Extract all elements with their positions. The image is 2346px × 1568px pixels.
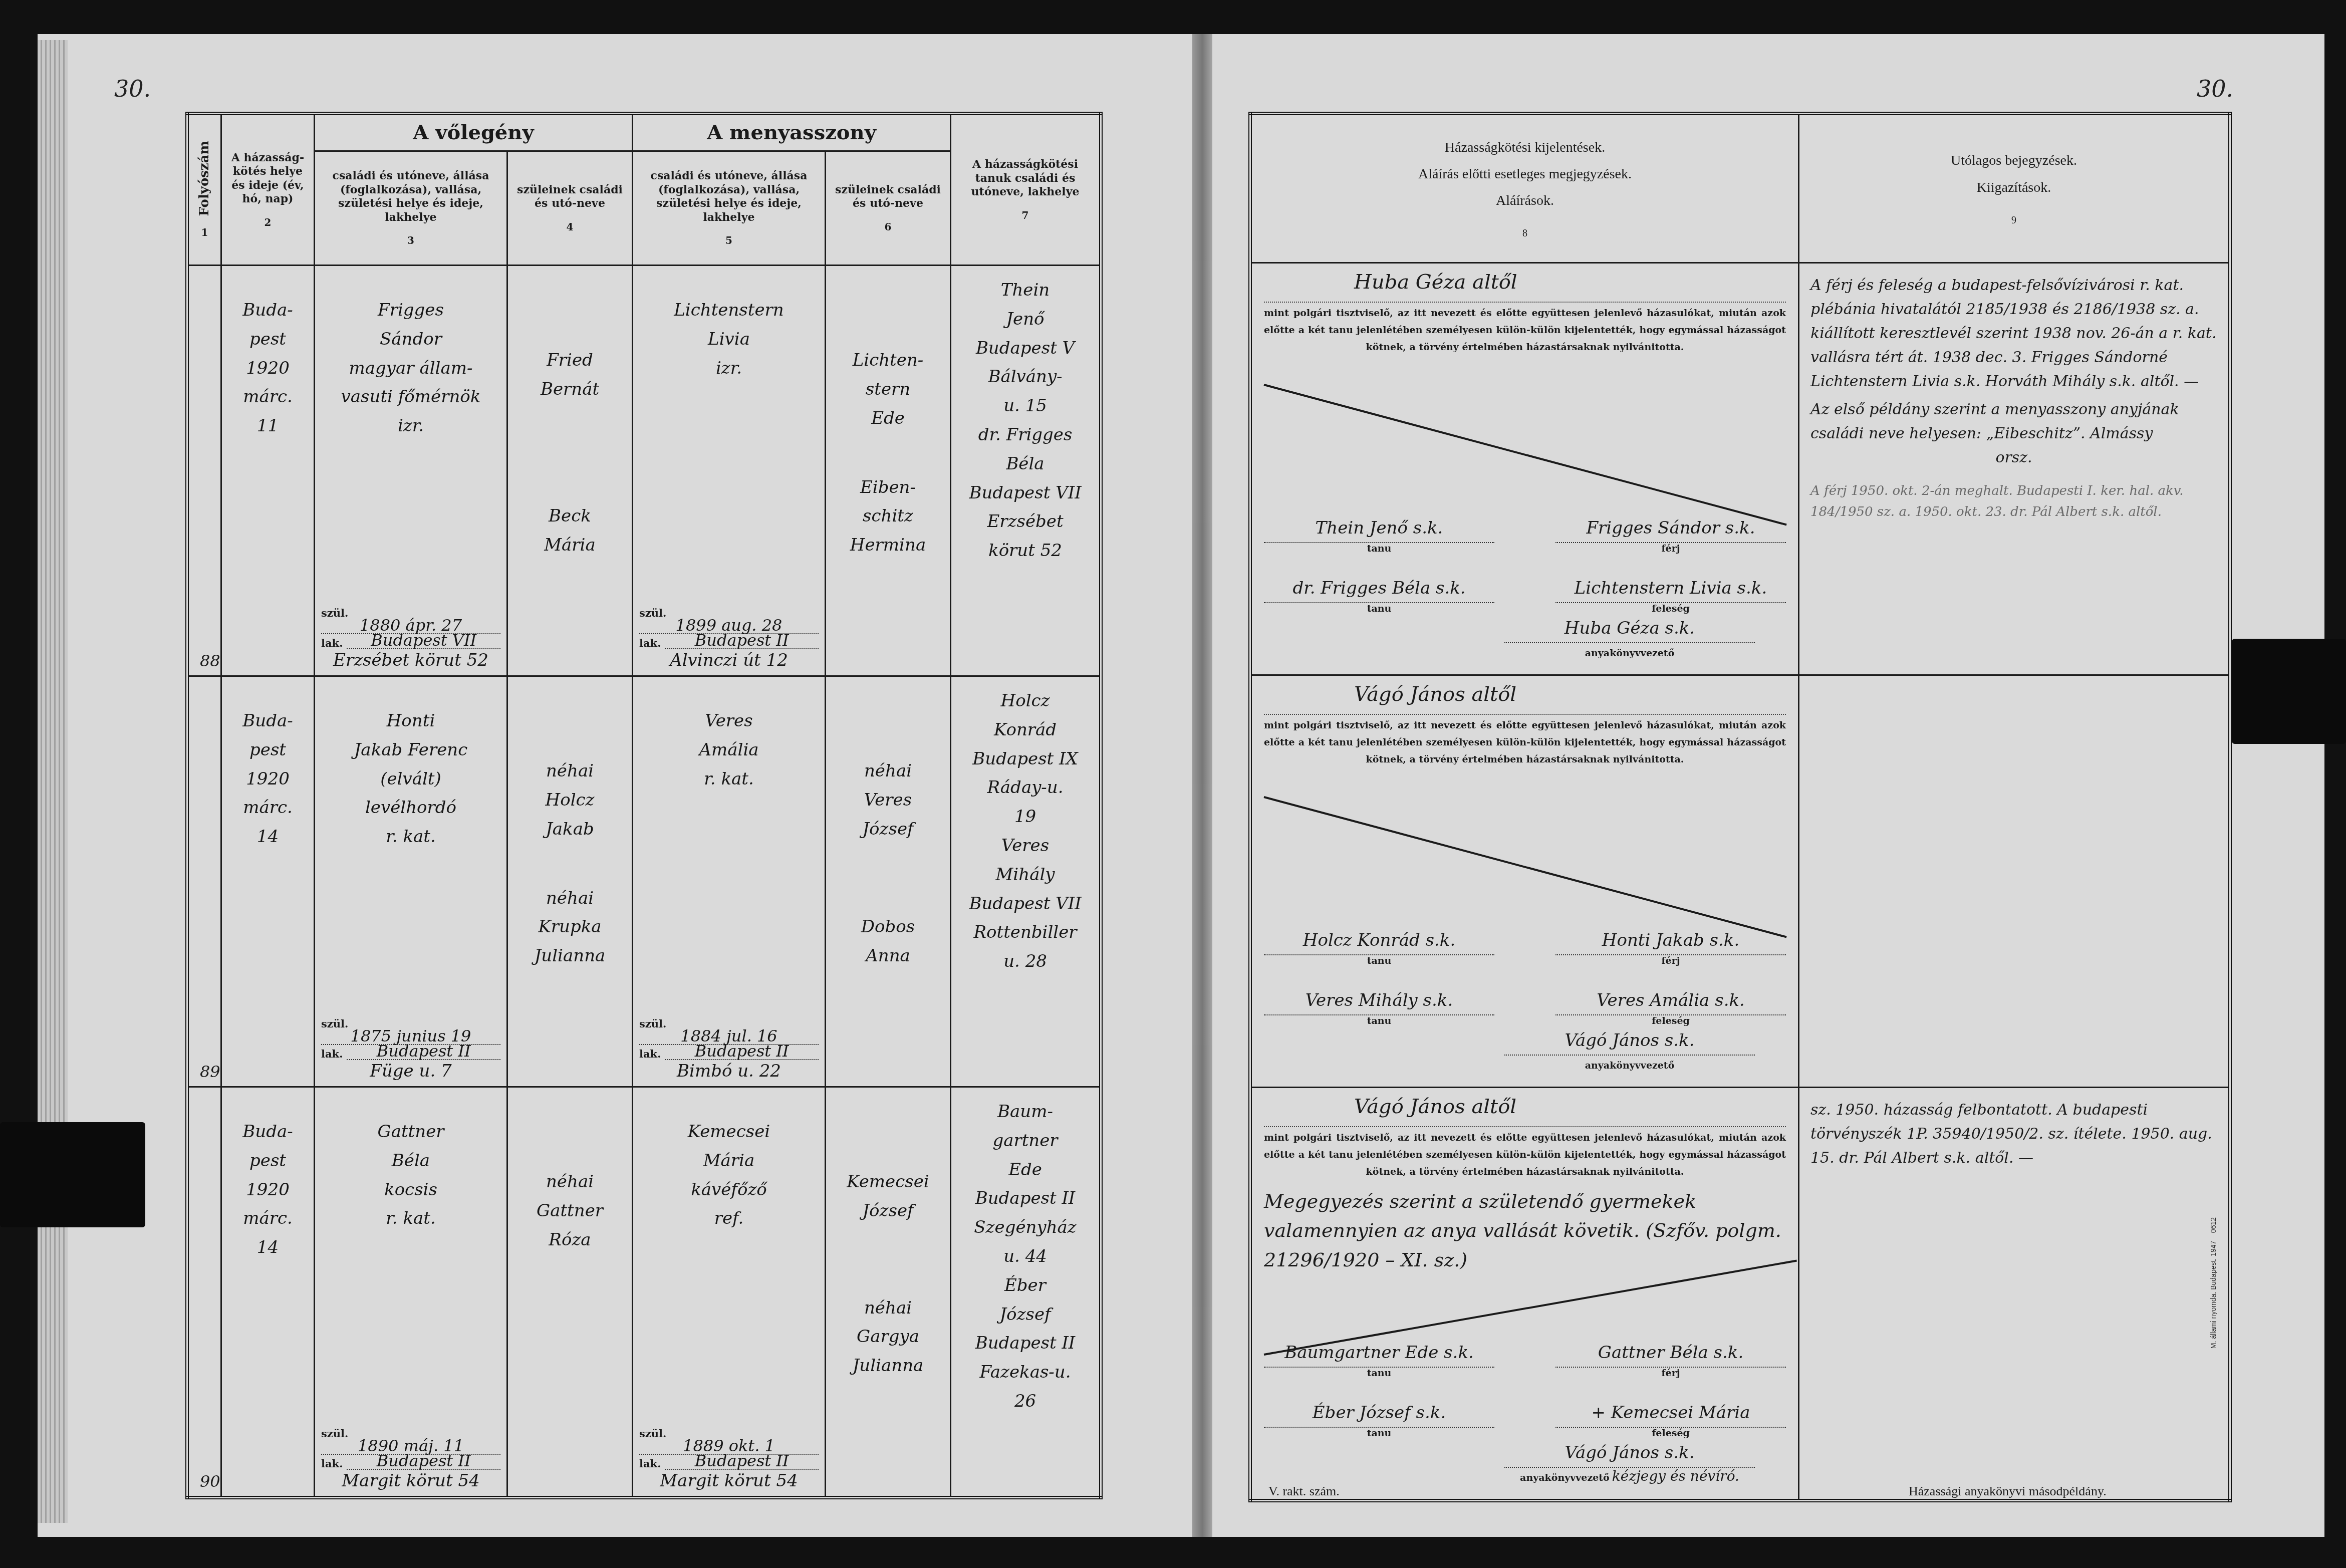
handwritten-line: Béla xyxy=(956,450,1094,479)
declaration-text: mint polgári tisztviselő, az itt nevezet… xyxy=(1264,1129,1786,1181)
handwritten-line: néhai xyxy=(513,757,627,786)
registrar-signature: Huba Géza s.k. xyxy=(1504,618,1755,643)
groom-residence: Budapest II xyxy=(347,1043,500,1059)
printer-mark: M. állami nyomda. Budapest. 1947 – 0612 xyxy=(2209,1217,2217,1349)
registrar-signature: Vágó János s.k. xyxy=(1504,1443,1755,1468)
husband-signature: Gattner Béla s.k. xyxy=(1555,1343,1786,1368)
bookmark-tab-left xyxy=(0,1122,145,1227)
cell-place-date: Buda-pest1920márc.11 xyxy=(221,266,315,676)
officer-name: Vágó János altől xyxy=(1264,1095,1786,1127)
cell-later-entries: A férj és feleség a budapest-felsővízivá… xyxy=(1799,263,2230,675)
bride-group-header: A menyasszony xyxy=(633,114,951,151)
handwritten-line: Budapest VII xyxy=(956,479,1094,508)
cell-serial: 89 xyxy=(187,676,221,1087)
handwritten-line: Bálvány- xyxy=(956,363,1094,392)
col-header-declarations: Házasságkötési kijelentések. Aláírás elő… xyxy=(1250,114,1799,263)
handwritten-line: Buda- xyxy=(227,707,309,736)
handwritten-line: Holcz xyxy=(956,687,1094,716)
handwritten-line: Baum- xyxy=(956,1098,1094,1127)
handwritten-line: stern xyxy=(831,375,945,404)
handwritten-line: Honti xyxy=(320,707,501,736)
cell-groom-parents: néhaiHolczJakab néhaiKrupkaJulianna xyxy=(507,676,633,1087)
handwritten-line: Budapest II xyxy=(956,1184,1094,1213)
handwritten-line: Róza xyxy=(513,1226,627,1255)
residence-label: lak. xyxy=(639,1457,661,1470)
table-row: 88 Buda-pest1920márc.11 FriggesSándormag… xyxy=(187,266,1101,676)
handwritten-line: néhai xyxy=(826,1294,950,1323)
handwritten-line: néhai xyxy=(831,757,945,786)
handwritten-line: Kemecsei xyxy=(638,1118,820,1147)
handwritten-line: Éber xyxy=(956,1271,1094,1300)
col-header-bride-parents: szüleinek családi és utó-neve6 xyxy=(826,151,951,266)
handwritten-line: vasuti főmérnök xyxy=(320,383,501,412)
handwritten-line: Veres xyxy=(956,832,1094,861)
wife-signature: Lichtenstern Livia s.k. xyxy=(1555,578,1786,603)
bride-address: Bimbó u. 22 xyxy=(639,1060,819,1082)
registrar-signature: Vágó János s.k. xyxy=(1504,1030,1755,1056)
col-header-groom-parents: szüleinek családi és utó-neve4 xyxy=(507,151,633,266)
handwritten-line: Buda- xyxy=(227,296,309,325)
entry-number: 88 xyxy=(200,651,220,670)
witness1-signature: Baumgartner Ede s.k. xyxy=(1264,1343,1494,1368)
residence-label: lak. xyxy=(321,637,343,649)
husband-signature: Frigges Sándor s.k. xyxy=(1555,518,1786,543)
handwritten-line: körut 52 xyxy=(956,537,1094,566)
handwritten-line: izr. xyxy=(638,354,820,383)
col-header-groom: családi és utóneve, állása (foglalkozása… xyxy=(315,151,507,266)
handwritten-line: József xyxy=(831,1197,945,1226)
table-row-right: Vágó János altől mint polgári tisztvisel… xyxy=(1250,1088,2230,1501)
later-entry-correction: Az első példány szerint a menyasszony an… xyxy=(1810,398,2217,446)
groom-address: Erzsébet körut 52 xyxy=(321,649,500,671)
table-row-right: Huba Géza altől mint polgári tisztviselő… xyxy=(1250,263,2230,675)
handwritten-line: Bernát xyxy=(513,375,627,404)
handwritten-line: Mária xyxy=(508,531,632,560)
handwritten-line: Eiben- xyxy=(826,473,950,502)
groom-residence: Budapest II xyxy=(347,1453,500,1469)
registrar-extra: kézjegy és névíró. xyxy=(1612,1468,1739,1484)
cancel-stroke xyxy=(1263,796,1786,938)
handwritten-line: Gargya xyxy=(826,1323,950,1352)
handwritten-line: Budapest II xyxy=(956,1329,1094,1358)
cell-declaration: Vágó János altől mint polgári tisztvisel… xyxy=(1250,1088,1799,1501)
cell-serial: 88 xyxy=(187,266,221,676)
handwritten-line: József xyxy=(956,1300,1094,1330)
handwritten-line: Holcz xyxy=(513,786,627,815)
handwritten-line: pest xyxy=(227,1147,309,1176)
cell-bride: KemecseiMáriakávéfőzőref. szül. 1889 okt… xyxy=(633,1087,826,1498)
handwritten-line: 1920 xyxy=(227,765,309,794)
handwritten-line: Gattner xyxy=(320,1118,501,1147)
handwritten-line: Thein xyxy=(956,276,1094,305)
handwritten-line: schitz xyxy=(826,502,950,531)
wife-signature: + Kemecsei Mária xyxy=(1555,1403,1786,1428)
handwritten-line: r. kat. xyxy=(320,823,501,852)
handwritten-line: Veres xyxy=(638,707,820,736)
handwritten-line: Julianna xyxy=(826,1352,950,1381)
handwritten-line: Jakab xyxy=(513,815,627,844)
handwritten-line: 19 xyxy=(956,803,1094,832)
handwritten-line: kocsis xyxy=(320,1176,501,1205)
handwritten-line: 14 xyxy=(227,823,309,852)
handwritten-line: Szegényház xyxy=(956,1213,1094,1242)
cell-groom: FriggesSándormagyar állam-vasuti főmérnö… xyxy=(315,266,507,676)
cell-witnesses: TheinJenőBudapest VBálvány-u. 15dr. Frig… xyxy=(951,266,1101,676)
handwritten-line: Ede xyxy=(831,404,945,433)
cell-bride: VeresAmáliar. kat. szül. 1884 jul. 16 la… xyxy=(633,676,826,1087)
witness1-signature: Holcz Konrád s.k. xyxy=(1264,930,1494,955)
handwritten-line: Budapest IX xyxy=(956,745,1094,774)
handwritten-line: magyar állam- xyxy=(320,354,501,383)
witness2-signature: Éber József s.k. xyxy=(1264,1403,1494,1428)
cell-witnesses: Baum-gartnerEdeBudapest IISzegényházu. 4… xyxy=(951,1087,1101,1498)
table-row: 89 Buda-pest1920márc.14 HontiJakab Feren… xyxy=(187,676,1101,1087)
handwritten-line: r. kat. xyxy=(320,1204,501,1233)
page-number-right: 30. xyxy=(2197,75,2233,102)
cell-groom-parents: néhaiGattnerRóza xyxy=(507,1087,633,1498)
handwritten-line: u. 15 xyxy=(956,392,1094,421)
residence-label: lak. xyxy=(321,1048,343,1060)
groom-address: Füge u. 7 xyxy=(321,1060,500,1082)
handwritten-line: Konrád xyxy=(956,716,1094,745)
witness2-signature: dr. Frigges Béla s.k. xyxy=(1264,578,1494,603)
handwritten-line: 26 xyxy=(956,1387,1094,1416)
cell-bride-parents: KemecseiJózsef néhaiGargyaJulianna xyxy=(826,1087,951,1498)
residence-label: lak. xyxy=(639,637,661,649)
handwritten-line: Mihály xyxy=(956,861,1094,890)
col-header-bride: családi és utóneve, állása (foglalkozása… xyxy=(633,151,826,266)
cell-groom: HontiJakab Ferenc(elvált)levélhordór. ka… xyxy=(315,676,507,1087)
handwritten-line: (elvált) xyxy=(320,765,501,794)
handwritten-line: gartner xyxy=(956,1127,1094,1156)
cell-bride: LichtensternLiviaizr. szül. 1899 aug. 28… xyxy=(633,266,826,676)
witness1-signature: Thein Jenő s.k. xyxy=(1264,518,1494,543)
handwritten-line: Anna xyxy=(826,942,950,971)
declaration-note: Megegyezés szerint a születendő gyermeke… xyxy=(1264,1187,1786,1275)
cell-serial: 90 xyxy=(187,1087,221,1498)
col-header-serial: Folyószám 1 xyxy=(187,114,221,266)
groom-group-header: A vőlegény xyxy=(315,114,633,151)
officer-name: Huba Géza altől xyxy=(1264,271,1786,303)
register-table-right: Házasságkötési kijelentések. Aláírás elő… xyxy=(1248,112,2232,1502)
handwritten-line: József xyxy=(831,815,945,844)
col-header-later-entries: Utólagos bejegyzések. Kiigazítások. 9 xyxy=(1799,114,2230,263)
handwritten-line: 1920 xyxy=(227,1176,309,1205)
page-edges xyxy=(38,40,68,1523)
table-row-right: Vágó János altől mint polgári tisztvisel… xyxy=(1250,675,2230,1088)
handwritten-line: Jakab Ferenc xyxy=(320,736,501,765)
cell-bride-parents: néhaiVeresJózsef DobosAnna xyxy=(826,676,951,1087)
col-header-witnesses: A házasságkötési tanuk családi és utónev… xyxy=(951,114,1101,266)
handwritten-line: Amália xyxy=(638,736,820,765)
handwritten-line: 14 xyxy=(227,1233,309,1262)
col-header-place-date: A házasság-kötés helye és ideje (év, hó,… xyxy=(221,114,315,266)
handwritten-line: Béla xyxy=(320,1147,501,1176)
cell-declaration: Huba Géza altől mint polgári tisztviselő… xyxy=(1250,263,1799,675)
handwritten-line: Buda- xyxy=(227,1118,309,1147)
page-number-left: 30. xyxy=(114,75,151,102)
register-table-left: Folyószám 1 A házasság-kötés helye és id… xyxy=(185,112,1103,1499)
handwritten-line: Rottenbiller xyxy=(956,918,1094,947)
cell-place-date: Buda-pest1920márc.14 xyxy=(221,676,315,1087)
handwritten-line: Krupka xyxy=(508,913,632,942)
handwritten-line: Hermina xyxy=(826,531,950,560)
bride-address: Alvinczi út 12 xyxy=(639,649,819,671)
handwritten-line: levélhordó xyxy=(320,794,501,823)
handwritten-line: Beck xyxy=(508,502,632,531)
table-row: 90 Buda-pest1920márc.14 GattnerBélakocsi… xyxy=(187,1087,1101,1498)
cell-later-entries: sz. 1950. házasság felbontatott. A budap… xyxy=(1799,1088,2230,1501)
handwritten-line: Dobos xyxy=(826,913,950,942)
handwritten-line: Julianna xyxy=(508,942,632,971)
handwritten-line: Fried xyxy=(513,346,627,375)
later-entry-faint: A férj 1950. okt. 2-án meghalt. Budapest… xyxy=(1810,481,2217,522)
bride-residence: Budapest II xyxy=(665,632,819,648)
handwritten-line: Frigges xyxy=(320,296,501,325)
handwritten-line: Erzsébet xyxy=(956,507,1094,537)
wife-signature: Veres Amália s.k. xyxy=(1555,990,1786,1015)
book-gutter xyxy=(1192,34,1212,1537)
handwritten-line: Gattner xyxy=(513,1197,627,1226)
cell-declaration: Vágó János altől mint polgári tisztvisel… xyxy=(1250,675,1799,1088)
bride-residence: Budapest II xyxy=(665,1453,819,1469)
footer-storage-number: V. rakt. szám. xyxy=(1268,1484,1340,1499)
cell-groom-parents: FriedBernát BeckMária xyxy=(507,266,633,676)
handwritten-line: u. 28 xyxy=(956,947,1094,976)
handwritten-line: 11 xyxy=(227,412,309,441)
handwritten-line: 1920 xyxy=(227,354,309,383)
handwritten-line: ref. xyxy=(638,1204,820,1233)
residence-label: lak. xyxy=(321,1457,343,1470)
handwritten-line: márc. xyxy=(227,794,309,823)
handwritten-line: dr. Frigges xyxy=(956,421,1094,450)
residence-label: lak. xyxy=(639,1048,661,1060)
handwritten-line: néhai xyxy=(513,1168,627,1197)
declaration-text: mint polgári tisztviselő, az itt nevezet… xyxy=(1264,717,1786,768)
cell-place-date: Buda-pest1920márc.14 xyxy=(221,1087,315,1498)
handwritten-line: r. kat. xyxy=(638,765,820,794)
handwritten-line: pest xyxy=(227,325,309,354)
handwritten-line: Sándor xyxy=(320,325,501,354)
handwritten-line: Ede xyxy=(956,1156,1094,1185)
handwritten-line: Veres xyxy=(831,786,945,815)
later-entry-main: A férj és feleség a budapest-felsővízivá… xyxy=(1810,274,2217,394)
groom-residence: Budapest VII xyxy=(347,632,500,648)
cell-witnesses: HolczKonrádBudapest IXRáday-u.19VeresMih… xyxy=(951,676,1101,1087)
handwritten-line: Fazekas-u. xyxy=(956,1358,1094,1387)
witness2-signature: Veres Mihály s.k. xyxy=(1264,990,1494,1015)
footer-register-title: Házassági anyakönyvi másodpéldány. xyxy=(1909,1484,2107,1499)
handwritten-line: Mária xyxy=(638,1147,820,1176)
cancel-stroke xyxy=(1263,384,1786,526)
cell-later-entries xyxy=(1799,675,2230,1088)
handwritten-line: Livia xyxy=(638,325,820,354)
handwritten-line: Lichtenstern xyxy=(638,296,820,325)
later-entry-main: sz. 1950. házasság felbontatott. A budap… xyxy=(1810,1098,2217,1170)
handwritten-line: Budapest VII xyxy=(956,890,1094,919)
handwritten-line: Ráday-u. xyxy=(956,773,1094,803)
groom-address: Margit körut 54 xyxy=(321,1470,500,1492)
handwritten-line: márc. xyxy=(227,383,309,412)
bookmark-tab-right xyxy=(2232,639,2346,744)
handwritten-line: Budapest V xyxy=(956,334,1094,363)
entry-number: 90 xyxy=(200,1472,220,1491)
cell-bride-parents: Lichten-sternEde Eiben-schitzHermina xyxy=(826,266,951,676)
handwritten-line: márc. xyxy=(227,1204,309,1233)
handwritten-line: kávéfőző xyxy=(638,1176,820,1205)
handwritten-line: néhai xyxy=(508,884,632,913)
declaration-text: mint polgári tisztviselő, az itt nevezet… xyxy=(1264,305,1786,356)
handwritten-line: pest xyxy=(227,736,309,765)
entry-number: 89 xyxy=(200,1062,220,1081)
bride-residence: Budapest II xyxy=(665,1043,819,1059)
bride-address: Margit körut 54 xyxy=(639,1470,819,1492)
officer-name: Vágó János altől xyxy=(1264,683,1786,715)
handwritten-line: Jenő xyxy=(956,305,1094,334)
handwritten-line: u. 44 xyxy=(956,1242,1094,1271)
later-entry-correction-sign: orsz. xyxy=(1810,446,2217,470)
handwritten-line: izr. xyxy=(320,412,501,441)
cell-groom: GattnerBélakocsisr. kat. szül. 1890 máj.… xyxy=(315,1087,507,1498)
husband-signature: Honti Jakab s.k. xyxy=(1555,930,1786,955)
handwritten-line: Lichten- xyxy=(831,346,945,375)
handwritten-line: Kemecsei xyxy=(831,1168,945,1197)
